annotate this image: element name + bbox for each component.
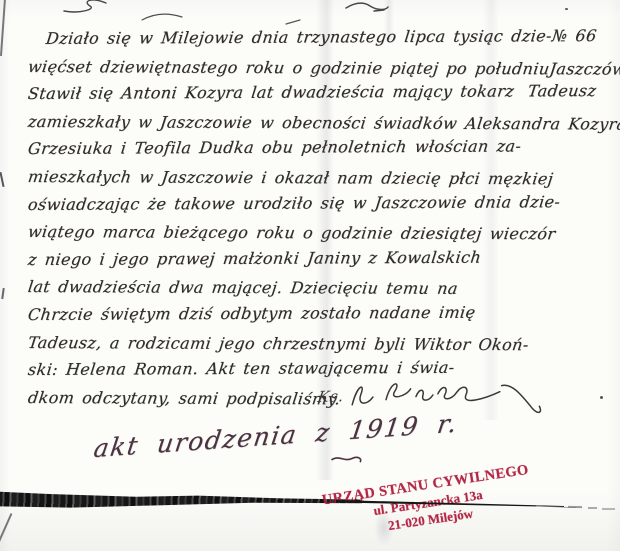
signature-prefix: Ks. [316,387,346,406]
record-line: Chrzcie świętym dziś odbytym zostało nad… [26,298,604,329]
ink-dot [565,8,568,10]
pen-flourish [344,0,390,16]
paper-edge-mark [0,513,12,543]
scan-artifact-line [336,496,578,510]
record-line: Działo się w Milejowie dnia trzynastego … [26,22,604,53]
record-line: Grzesiuka i Teofila Dudka obu pełnoletni… [26,132,604,163]
paper-edge-mark [0,0,6,56]
ink-dot [600,396,603,399]
record-text: Działo się w Milejowie dnia trzynastego … [28,25,602,411]
record-line: oświadczając że takowe urodziło się w Ja… [26,188,604,219]
pen-flourish [329,450,364,467]
paper-edge-mark [0,172,5,187]
scanned-birth-record: Działo się w Milejowie dnia trzynastego … [0,0,620,551]
record-line-text: Działo się w Milejowie dnia trzynastego … [44,22,553,52]
scan-artifact-dash [602,508,615,510]
pen-flourish [140,8,184,24]
pen-flourish [54,0,116,22]
record-line-text: Stawił się Antoni Kozyra lat dwadzieścia… [26,78,515,108]
archival-annotation: akt urodzenia z 1919 r. [92,408,460,463]
record-line: Stawił się Antoni Kozyra lat dwadzieścia… [26,77,604,108]
record-line: z niego i jego prawej małżonki Janiny z … [26,243,604,274]
margin-child-name: Tadeusz [526,77,604,105]
act-number: № 66 [550,22,604,50]
scan-artifact-dash [588,507,597,509]
paper-edge-mark [1,288,5,299]
